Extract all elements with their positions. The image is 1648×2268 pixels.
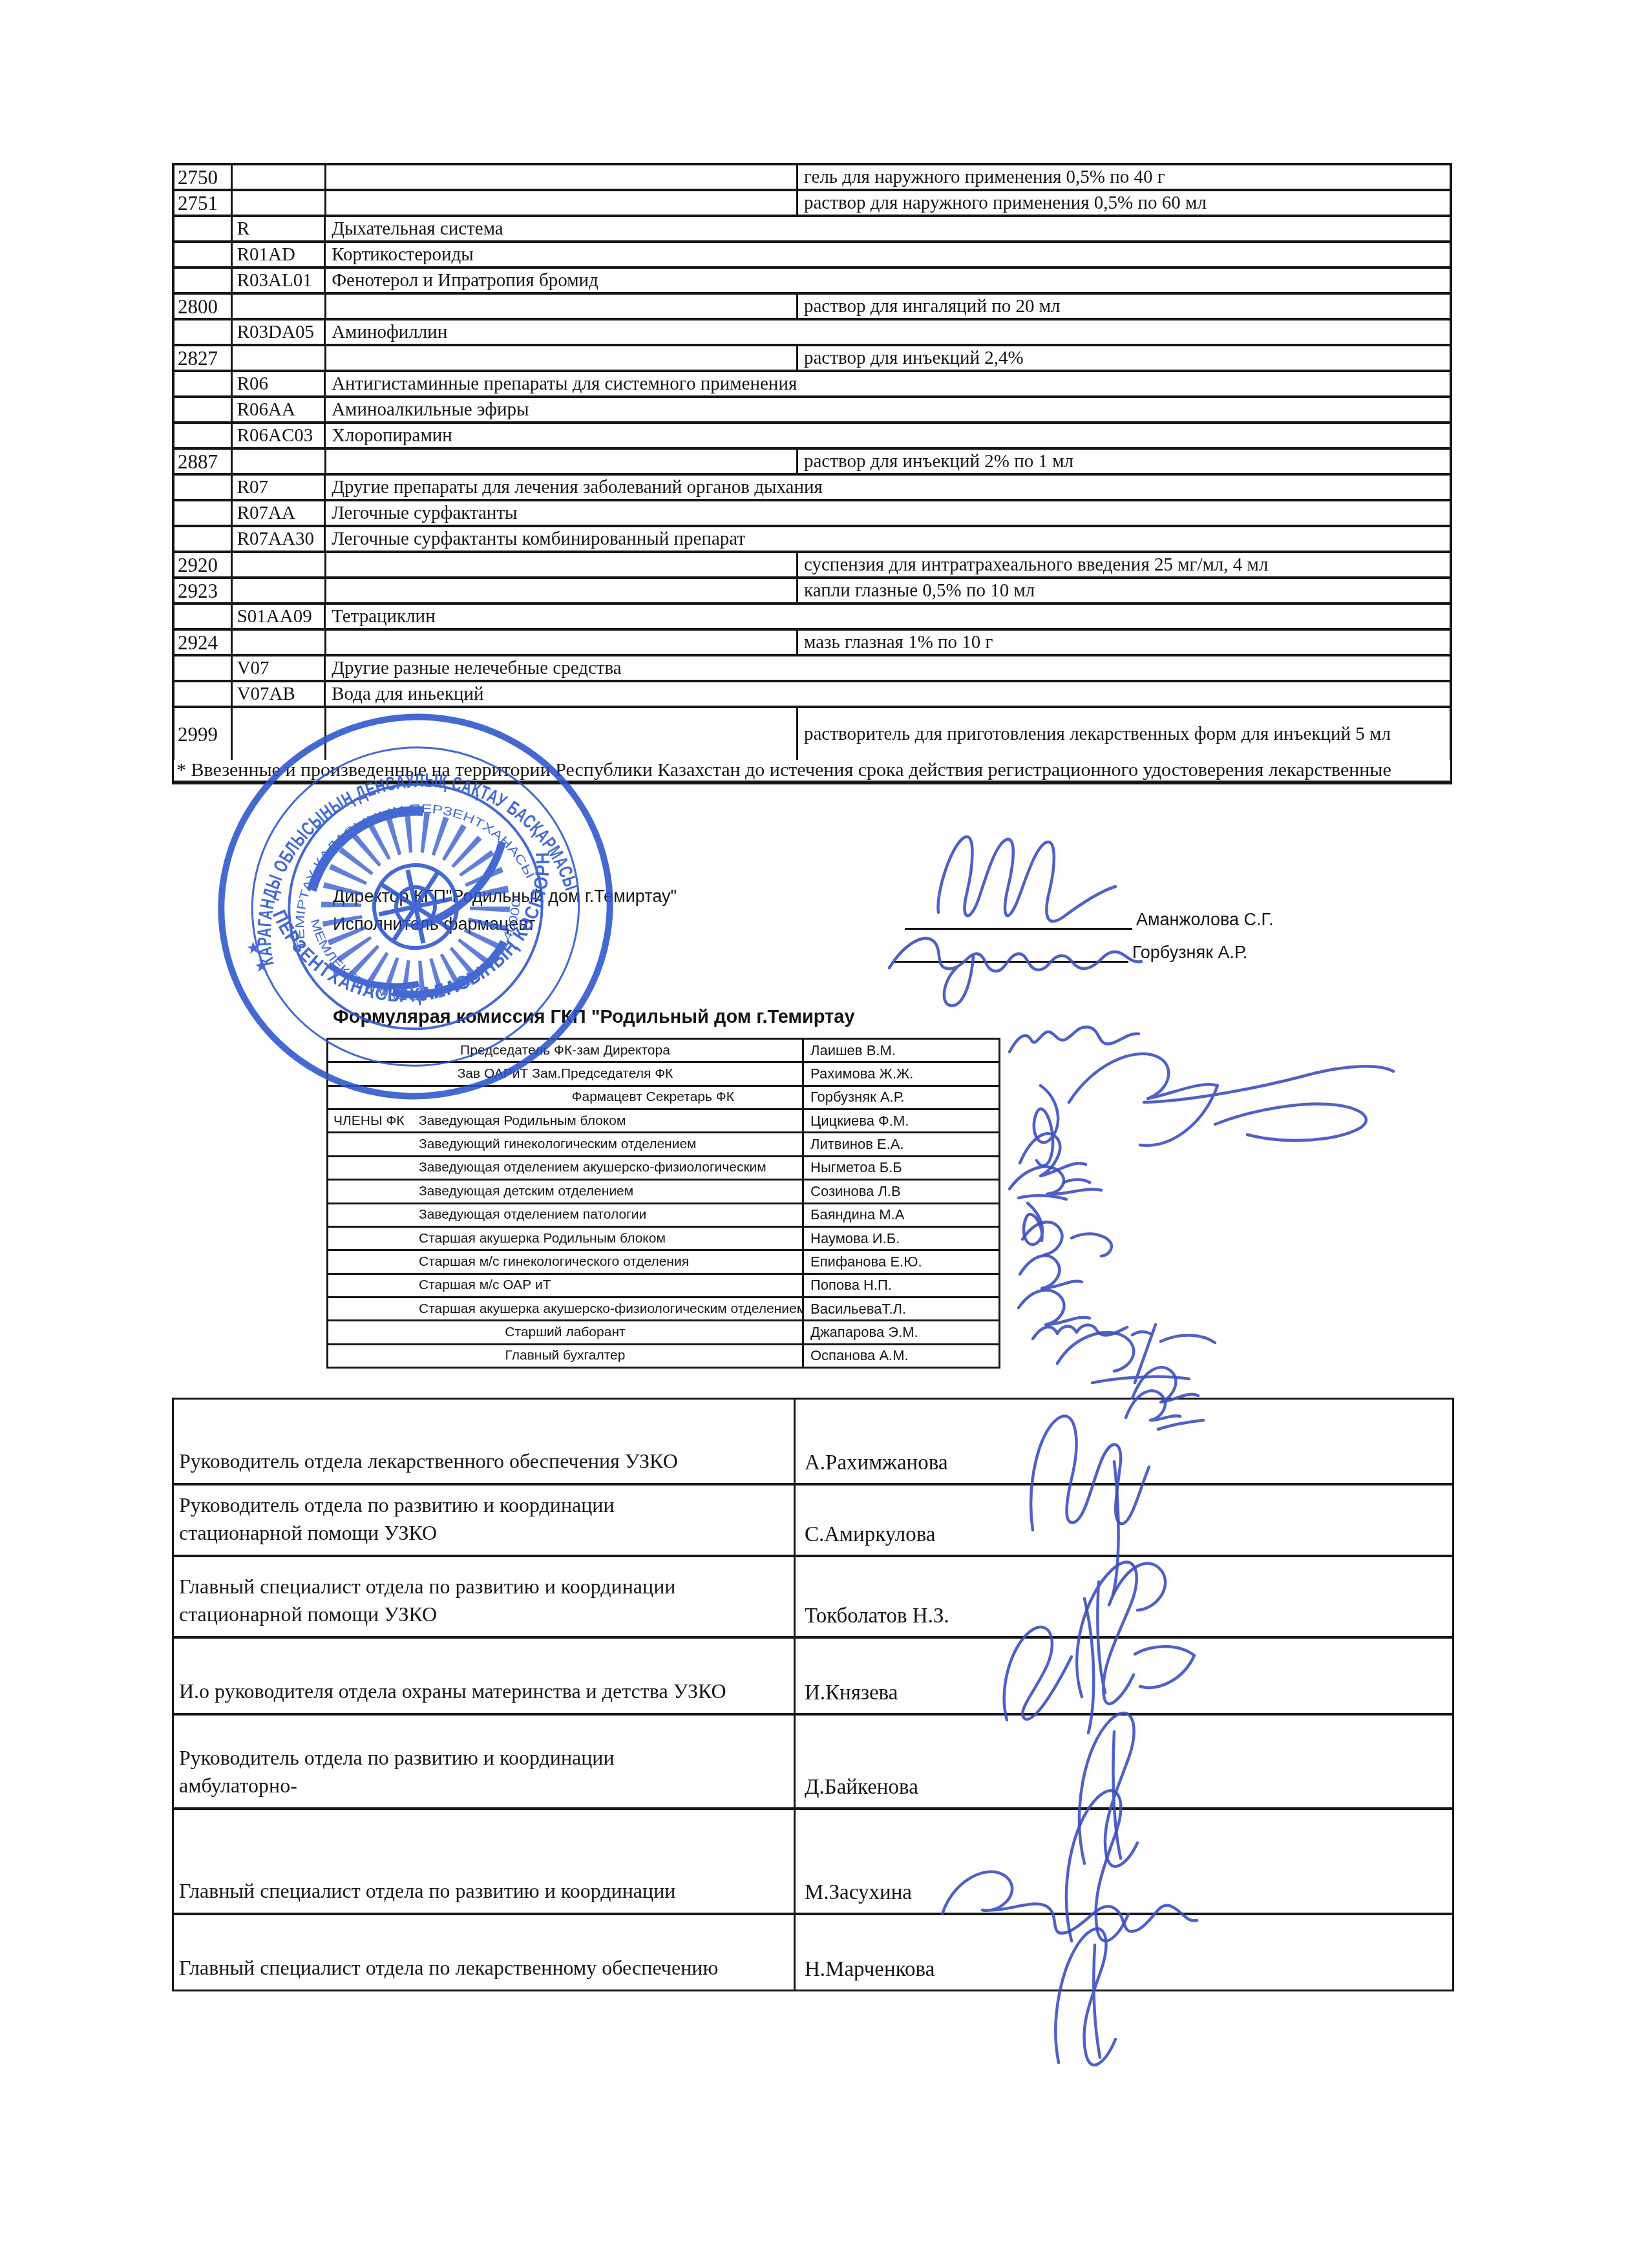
- signature-line-executor: [894, 961, 1128, 963]
- approval-role: Руководитель отдела по развитию и коорди…: [174, 1486, 796, 1555]
- drug-table-row: R03DA05 Аминофиллин: [174, 320, 1450, 346]
- atc-code-cell: [233, 631, 326, 654]
- approval-role: Руководитель отдела по развитию и коорди…: [174, 1716, 796, 1807]
- commission-name: Оспанова А.М.: [804, 1345, 998, 1367]
- commission-row: Главный бухгалтер Оспанова А.М.: [328, 1343, 998, 1367]
- approval-row: Главный специалист отдела по развитию и …: [174, 1555, 1452, 1636]
- commission-name: Лаишев В.М.: [804, 1040, 998, 1061]
- drug-group-cell: Легочные сурфактанты комбинированный пре…: [326, 527, 1450, 551]
- executor-name: Горбузняк А.Р.: [1132, 943, 1247, 963]
- commission-role: Старшая м/с гинекологического отделения: [419, 1254, 689, 1270]
- commission-role: Заведующая отделением акушерско-физиолог…: [419, 1160, 766, 1175]
- commission-role-cell: Заведующая детским отделением: [328, 1181, 804, 1202]
- dosage-form-cell: раствор для инъекций 2% по 1 мл: [798, 450, 1450, 473]
- drug-table-row: R03AL01 Фенотерол и Ипратропия бромид: [174, 269, 1450, 295]
- commission-role-cell: Старшая м/с гинекологического отделения: [328, 1251, 804, 1272]
- approval-name: А.Рахимжанова: [796, 1400, 1452, 1483]
- drug-table-row: 2920 суспензия для интратрахеального вве…: [174, 553, 1450, 579]
- row-number-cell: [174, 372, 233, 395]
- row-number-cell: 2920: [174, 553, 233, 576]
- commission-role-cell: ЧЛЕНЫ ФК Заведующая Родильным блоком: [328, 1110, 804, 1131]
- commission-name: Цицкиева Ф.М.: [804, 1110, 998, 1131]
- dosage-form-cell: суспензия для интратрахеального введения…: [798, 553, 1450, 576]
- commission-row: Заведующая отделением патологии Баяндина…: [328, 1202, 998, 1226]
- row-number-cell: 2887: [174, 450, 233, 473]
- commission-role: Старшая м/с ОАР иТ: [419, 1277, 551, 1293]
- commission-name: Джапарова Э.М.: [804, 1321, 998, 1343]
- drug-table-row: 2750 гель для наружного применения 0,5% …: [174, 165, 1450, 191]
- approval-role: Главный специалист отдела по развитию и …: [174, 1810, 796, 1913]
- official-stamp: КАРАГАНДЫ ОБЛЫСЫНЫҢ ДЕНСАУЛЫҚ САҚТАУ БАС…: [213, 711, 620, 1108]
- row-number-cell: 2924: [174, 631, 233, 654]
- drug-table-row: S01AA09 Тетрациклин: [174, 605, 1450, 631]
- drug-group-cell: Аминоалкильные эфиры: [326, 398, 1450, 421]
- approval-role: Главный специалист отдела по лекарственн…: [174, 1915, 796, 1990]
- signature-laishev: [1009, 1027, 1139, 1052]
- drug-table-row: 2751 раствор для наружного применения 0,…: [174, 191, 1450, 217]
- commission-name: Баяндина М.А: [804, 1204, 998, 1226]
- signature-nygmetoa: [1009, 1167, 1101, 1199]
- row-number-cell: [174, 320, 233, 344]
- approval-row: Руководитель отдела по развитию и коорди…: [174, 1713, 1452, 1807]
- row-number-cell: [174, 217, 233, 240]
- drug-table-row: R07AA30 Легочные сурфактанты комбинирова…: [174, 527, 1450, 553]
- atc-code-cell: R06: [233, 372, 326, 395]
- commission-row: Старшая м/с гинекологического отделения …: [328, 1249, 998, 1272]
- signature-litvinov: [1020, 1133, 1090, 1182]
- row-number-cell: [174, 605, 233, 628]
- signature-tsitskieva: [1034, 1086, 1058, 1166]
- drug-group-cell: [326, 165, 798, 189]
- drug-group-cell: Другие препараты для лечения заболеваний…: [326, 476, 1450, 499]
- atc-code-cell: [233, 191, 326, 215]
- drug-table-row: V07 Другие разные нелечебные средства: [174, 656, 1450, 682]
- approval-name: Токболатов Н.З.: [796, 1557, 1452, 1636]
- approval-row: Главный специалист отдела по лекарственн…: [174, 1913, 1452, 1990]
- commission-role-cell: Старшая акушерка Родильным блоком: [328, 1228, 804, 1249]
- row-number-cell: 2751: [174, 191, 233, 215]
- commission-row: Старшая акушерка акушерско-физиологическ…: [328, 1296, 998, 1319]
- drug-table-row: R Дыхательная система: [174, 217, 1450, 243]
- drug-table-row: V07AB Вода для иньекций: [174, 682, 1450, 708]
- atc-code-cell: [233, 553, 326, 576]
- signature-sozinova: [1024, 1203, 1042, 1244]
- drug-group-cell: Фенотерол и Ипратропия бромид: [326, 269, 1450, 292]
- approval-row: Руководитель отдела по развитию и коорди…: [174, 1483, 1452, 1555]
- commission-row: Старшая м/с ОАР иТ Попова Н.П.: [328, 1273, 998, 1296]
- atc-code-cell: R06AC03: [233, 424, 326, 447]
- signature-executor: [889, 938, 1141, 1005]
- drug-group-cell: [326, 631, 798, 654]
- atc-code-cell: [233, 346, 326, 370]
- approval-role: Главный специалист отдела по развитию и …: [174, 1557, 796, 1636]
- row-number-cell: [174, 501, 233, 525]
- commission-role-cell: Старшая м/с ОАР иТ: [328, 1275, 804, 1296]
- drug-group-cell: [326, 450, 798, 473]
- commission-name: Наумова И.Б.: [804, 1228, 998, 1249]
- approval-role: И.о руководителя отдела охраны материнст…: [174, 1639, 796, 1713]
- row-number-cell: 2827: [174, 346, 233, 370]
- commission-name: Попова Н.П.: [804, 1275, 998, 1296]
- commission-role-cell: Заведующий гинекологическим отделением: [328, 1133, 804, 1155]
- dosage-form-cell: растворитель для приготовления лекарстве…: [798, 708, 1450, 760]
- atc-code-cell: R07AA: [233, 501, 326, 525]
- commission-role: Заведующая отделением патологии: [419, 1207, 646, 1223]
- atc-code-cell: R: [233, 217, 326, 240]
- signature-line-director: [905, 928, 1132, 930]
- row-number-cell: 2750: [174, 165, 233, 189]
- signature-dzhaparova: [1132, 1367, 1198, 1402]
- commission-row: Старший лаборант Джапарова Э.М.: [328, 1319, 998, 1343]
- drug-group-cell: Другие разные нелечебные средства: [326, 656, 1450, 680]
- commission-role: Заведующая детским отделением: [419, 1184, 633, 1199]
- row-number-cell: [174, 398, 233, 421]
- commission-row: Заведующая детским отделением Созинова Л…: [328, 1179, 998, 1202]
- approval-name: И.Князева: [796, 1639, 1452, 1713]
- row-number-cell: [174, 476, 233, 499]
- commission-name: Созинова Л.В: [804, 1181, 998, 1202]
- commission-name: Ныгметоа Б.Б: [804, 1157, 998, 1179]
- commission-role: Старшая акушерка Родильным блоком: [419, 1231, 666, 1246]
- commission-role: Старший лаборант: [505, 1325, 625, 1340]
- drug-group-cell: [326, 191, 798, 215]
- drug-group-cell: Вода для иньекций: [326, 682, 1450, 706]
- drug-table-row: 2887 раствор для инъекций 2% по 1 мл: [174, 450, 1450, 476]
- atc-code-cell: [233, 450, 326, 473]
- atc-code-cell: V07: [233, 656, 326, 680]
- atc-code-cell: R07: [233, 476, 326, 499]
- row-number-cell: [174, 682, 233, 706]
- drug-table-row: R06AC03 Хлоропирамин: [174, 424, 1450, 450]
- drug-group-cell: Антигистаминные препараты для системного…: [326, 372, 1450, 395]
- row-number-cell: [174, 527, 233, 551]
- signature-epifanova: [1019, 1290, 1090, 1325]
- commission-role-cell: Главный бухгалтер: [328, 1345, 804, 1367]
- atc-code-cell: R07AA30: [233, 527, 326, 551]
- atc-code-cell: [233, 295, 326, 318]
- approval-table: Руководитель отдела лекарственного обесп…: [172, 1398, 1454, 1991]
- scanned-document-page: { "colors": { "stamp_blue": "#2b55cd", "…: [0, 0, 1648, 2268]
- atc-code-cell: S01AA09: [233, 605, 326, 628]
- drug-table-row: 2923 капли глазные 0,5% по 10 мл: [174, 579, 1450, 605]
- commission-row: Заведующий гинекологическим отделением Л…: [328, 1131, 998, 1155]
- commission-role: Старшая акушерка акушерско-физиологическ…: [419, 1301, 804, 1317]
- signature-vasileva: [1057, 1325, 1215, 1383]
- approval-name: Д.Байкенова: [796, 1716, 1452, 1807]
- drug-table-row: R07AA Легочные сурфактанты: [174, 501, 1450, 527]
- members-prefix: ЧЛЕНЫ ФК: [333, 1113, 405, 1129]
- dosage-form-cell: мазь глазная 1% по 10 г: [798, 631, 1450, 654]
- drug-group-cell: [326, 295, 798, 318]
- drug-group-cell: Тетрациклин: [326, 605, 1450, 628]
- dosage-form-cell: раствор для инъекций 2,4%: [798, 346, 1450, 370]
- commission-role-cell: Заведующая отделением патологии: [328, 1204, 804, 1226]
- atc-code-cell: R03AL01: [233, 269, 326, 292]
- approval-name: Н.Марченкова: [796, 1915, 1452, 1990]
- drug-table-row: R06AA Аминоалкильные эфиры: [174, 398, 1450, 424]
- drug-group-cell: Кортикостероиды: [326, 243, 1450, 266]
- approval-row: Руководитель отдела лекарственного обесп…: [174, 1400, 1452, 1483]
- commission-role-cell: Заведующая отделением акушерско-физиолог…: [328, 1157, 804, 1179]
- commission-name: ВасильеваТ.Л.: [804, 1298, 998, 1319]
- commission-role-cell: Старшая акушерка акушерско-физиологическ…: [328, 1298, 804, 1319]
- approval-name: С.Амиркулова: [796, 1486, 1452, 1555]
- signature-naumova: [1020, 1255, 1082, 1288]
- atc-code-cell: R06AA: [233, 398, 326, 421]
- drug-table-row: 2924 мазь глазная 1% по 10 г: [174, 631, 1450, 656]
- signature-popova: [1033, 1325, 1150, 1339]
- atc-code-cell: [233, 579, 326, 602]
- drug-group-cell: [326, 579, 798, 602]
- row-number-cell: 2923: [174, 579, 233, 602]
- row-number-cell: 2800: [174, 295, 233, 318]
- drug-group-cell: Хлоропирамин: [326, 424, 1450, 447]
- atc-code-cell: R03DA05: [233, 320, 326, 344]
- dosage-form-cell: раствор для наружного применения 0,5% по…: [798, 191, 1450, 215]
- commission-name: Литвинов Е.А.: [804, 1133, 998, 1155]
- row-number-cell: [174, 424, 233, 447]
- atc-code-cell: [233, 165, 326, 189]
- commission-row: Старшая акушерка Родильным блоком Наумов…: [328, 1226, 998, 1249]
- drug-table-row: R01AD Кортикостероиды: [174, 243, 1450, 269]
- commission-name: Горбузняк А.Р.: [804, 1087, 998, 1108]
- approval-name: М.Засухина: [796, 1810, 1452, 1913]
- commission-row: ЧЛЕНЫ ФК Заведующая Родильным блоком Циц…: [328, 1108, 998, 1131]
- commission-name: Рахимова Ж.Ж.: [804, 1063, 998, 1084]
- drug-group-cell: Дыхательная система: [326, 217, 1450, 240]
- signature-director: [938, 837, 1115, 921]
- commission-row: Заведующая отделением акушерско-физиолог…: [328, 1155, 998, 1179]
- dosage-form-cell: гель для наружного применения 0,5% по 40…: [798, 165, 1450, 189]
- commission-name: Епифанова Е.Ю.: [804, 1251, 998, 1272]
- drug-table-row: R07 Другие препараты для лечения заболев…: [174, 476, 1450, 501]
- dosage-form-cell: капли глазные 0,5% по 10 мл: [798, 579, 1450, 602]
- approval-role: Руководитель отдела лекарственного обесп…: [174, 1400, 796, 1483]
- signature-bayandina: [1022, 1222, 1112, 1256]
- drug-table-row: R06 Антигистаминные препараты для систем…: [174, 372, 1450, 398]
- signature-gorbuznyak-large: [1069, 1054, 1393, 1146]
- commission-role-cell: Старший лаборант: [328, 1321, 804, 1343]
- row-number-cell: [174, 269, 233, 292]
- director-name: Аманжолова С.Г.: [1136, 910, 1273, 930]
- dosage-form-cell: раствор для ингаляций по 20 мл: [798, 295, 1450, 318]
- drug-group-cell: Легочные сурфактанты: [326, 501, 1450, 525]
- drug-group-cell: [326, 553, 798, 576]
- row-number-cell: [174, 656, 233, 680]
- row-number-cell: [174, 243, 233, 266]
- commission-role: Заведующий гинекологическим отделением: [419, 1137, 697, 1152]
- approval-row: Главный специалист отдела по развитию и …: [174, 1807, 1452, 1913]
- atc-code-cell: V07AB: [233, 682, 326, 706]
- commission-role: Заведующая Родильным блоком: [419, 1113, 626, 1129]
- approval-row: И.о руководителя отдела охраны материнст…: [174, 1636, 1452, 1713]
- drug-formulary-table: 2750 гель для наружного применения 0,5% …: [172, 163, 1452, 762]
- drug-group-cell: [326, 346, 798, 370]
- atc-code-cell: R01AD: [233, 243, 326, 266]
- commission-role: Главный бухгалтер: [505, 1348, 626, 1363]
- drug-table-row: 2827 раствор для инъекций 2,4%: [174, 346, 1450, 372]
- drug-table-row: 2800 раствор для ингаляций по 20 мл: [174, 295, 1450, 320]
- drug-group-cell: Аминофиллин: [326, 320, 1450, 344]
